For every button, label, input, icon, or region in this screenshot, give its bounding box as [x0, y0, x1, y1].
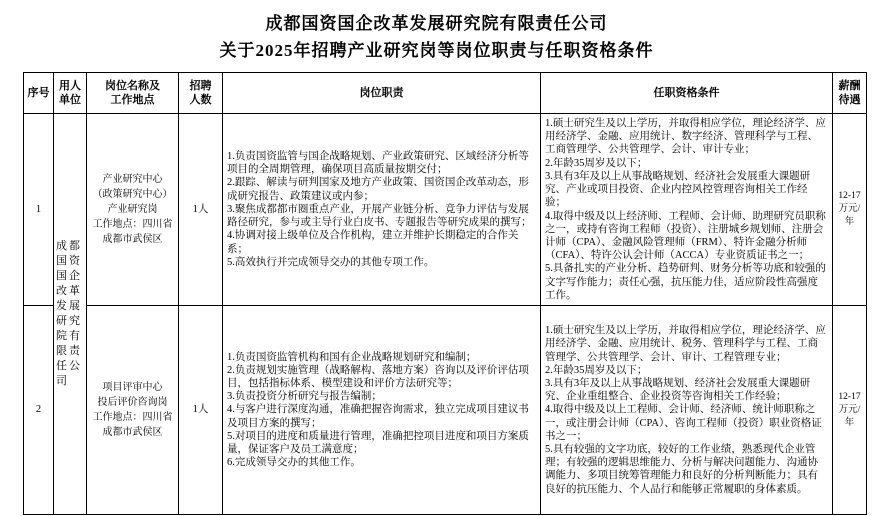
header-index: 序号	[24, 73, 54, 114]
employer-name: 成都国资国企改革发展研究院有限责任公司	[56, 239, 84, 389]
cell-headcount: 1人	[179, 306, 223, 515]
position-name: 产业研究中心 （政策研究中心） 产业研究岗 工作地点：四川省 成都市武侯区	[87, 172, 178, 247]
cell-qualifications: 1.硕士研究生及以上学历，并取得相应学位，理论经济学、应用经济学、金融、应用统计…	[541, 306, 833, 515]
qualifications-list: 1.硕士研究生及以上学历，并取得相应学位，理论经济学、应用经济学、金融、应用统计…	[541, 114, 832, 305]
table-row: 2 项目评审中心 投后评价咨询岗 工作地点：四川省 成都市武侯区 1人 1.负责…	[24, 306, 867, 515]
recruitment-table: 序号 用人 单位 岗位名称及 工作地点 招聘 人数 岗位职责 任职资格条件 薪酬…	[23, 72, 867, 515]
header-row: 序号 用人 单位 岗位名称及 工作地点 招聘 人数 岗位职责 任职资格条件 薪酬…	[24, 73, 867, 114]
cell-index: 1	[24, 114, 54, 306]
title-line-2: 关于2025年招聘产业研究岗等岗位职责与任职资格条件	[0, 37, 873, 64]
header-position: 岗位名称及 工作地点	[87, 73, 179, 114]
cell-duties: 1.负责国资监管与国企战略规划、产业政策研究、区域经济分析等项目的全周期管理，确…	[223, 114, 541, 306]
table-row: 1 成都国资国企改革发展研究院有限责任公司 产业研究中心 （政策研究中心） 产业…	[24, 114, 867, 306]
document-title: 成都国资国企改革发展研究院有限责任公司 关于2025年招聘产业研究岗等岗位职责与…	[0, 10, 873, 64]
salary-value: 12-17万元/年	[836, 190, 864, 229]
header-employer: 用人 单位	[54, 73, 87, 114]
header-headcount: 招聘 人数	[179, 73, 223, 114]
position-name: 项目评审中心 投后评价咨询岗 工作地点：四川省 成都市武侯区	[87, 380, 178, 440]
cell-position: 项目评审中心 投后评价咨询岗 工作地点：四川省 成都市武侯区	[87, 306, 179, 515]
header-duties: 岗位职责	[223, 73, 541, 114]
header-salary: 薪酬 待遇	[833, 73, 867, 114]
duties-list: 1.负责国资监管与国企战略规划、产业政策研究、区域经济分析等项目的全周期管理，确…	[223, 147, 540, 272]
cell-salary: 12-17万元/年	[833, 114, 867, 306]
title-line-1: 成都国资国企改革发展研究院有限责任公司	[0, 10, 873, 37]
duties-list: 1.负责国资监管机构和国有企业战略规划研究和编制； 2.负责规划实施管理（战略解…	[223, 348, 540, 473]
cell-position: 产业研究中心 （政策研究中心） 产业研究岗 工作地点：四川省 成都市武侯区	[87, 114, 179, 306]
cell-duties: 1.负责国资监管机构和国有企业战略规划研究和编制； 2.负责规划实施管理（战略解…	[223, 306, 541, 515]
cell-headcount: 1人	[179, 114, 223, 306]
salary-value: 12-17万元/年	[836, 391, 864, 430]
qualifications-list: 1.硕士研究生及以上学历，并取得相应学位，理论经济学、应用经济学、金融、应用统计…	[541, 321, 832, 499]
header-qualifications: 任职资格条件	[541, 73, 833, 114]
cell-employer: 成都国资国企改革发展研究院有限责任公司	[54, 114, 87, 515]
cell-qualifications: 1.硕士研究生及以上学历，并取得相应学位，理论经济学、应用经济学、金融、应用统计…	[541, 114, 833, 306]
cell-index: 2	[24, 306, 54, 515]
cell-salary: 12-17万元/年	[833, 306, 867, 515]
document-page: 成都国资国企改革发展研究院有限责任公司 关于2025年招聘产业研究岗等岗位职责与…	[0, 0, 873, 516]
